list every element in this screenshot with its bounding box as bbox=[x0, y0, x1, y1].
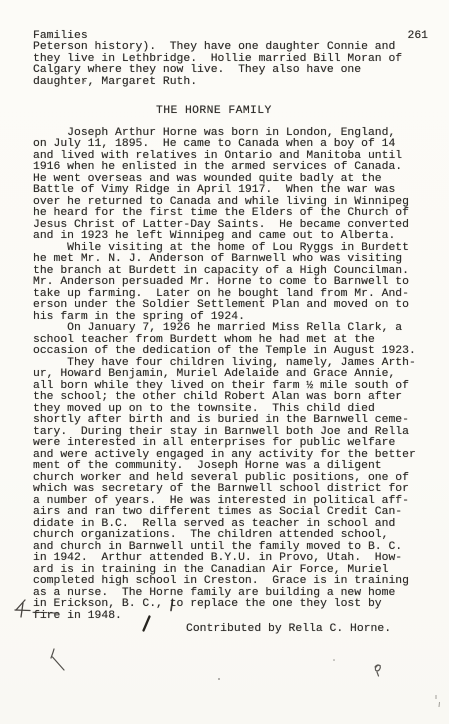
ink-speck bbox=[84, 80, 86, 82]
body-text: Joseph Arthur Horne was born in London, … bbox=[0, 128, 449, 623]
page-header: Families 261 bbox=[0, 0, 449, 42]
ink-smudge bbox=[375, 665, 380, 676]
intro-paragraph: Peterson history). They have one daughte… bbox=[0, 42, 449, 88]
ink-speck bbox=[333, 659, 335, 661]
section-title: THE HORNE FAMILY bbox=[0, 106, 449, 118]
document-page: Families 261 Peterson history). They hav… bbox=[0, 0, 449, 724]
edge-specks bbox=[436, 695, 440, 707]
contribution-line: Contributed by Rella C. Horne. bbox=[0, 624, 449, 636]
ink-speck bbox=[218, 678, 220, 680]
page-number: 261 bbox=[407, 30, 428, 42]
tail-pen-mark bbox=[51, 649, 64, 670]
